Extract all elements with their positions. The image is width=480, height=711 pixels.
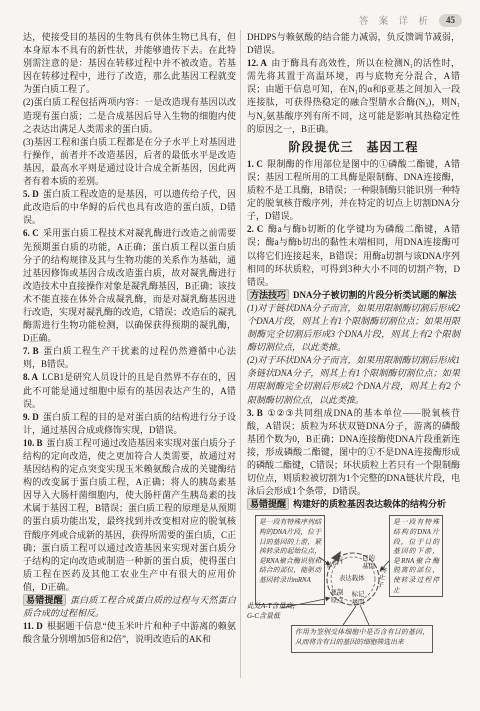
answer-paragraph: 7. B蛋白质工程生产干扰素的过程仍然遵循中心法则，B错误。 (23, 345, 236, 371)
tip-badge: 易错提醒 (247, 498, 289, 510)
answer-book-page: 答 案 详 析 45 达，使接受目的基因的生物具有供体生物已具有，但本身原本不具… (0, 0, 480, 711)
answer-number: 7. B (23, 346, 39, 356)
answer-number: 8. A (23, 372, 38, 382)
paragraph-text: (2)蛋白质工程包括两项内容：一是改造现有基因以改造现有蛋白质；二是合成基因后导… (23, 97, 236, 133)
answer-paragraph: 6. C采用蛋白质工程技术对凝乳酶进行改造之前需要先预期蛋白质的功能，A正确；蛋… (23, 227, 236, 345)
answer-number: 5. D (23, 189, 39, 199)
method-title: DNA分子被切割的片段分析类试题的解法 (293, 290, 457, 300)
column-divider (240, 30, 241, 678)
answer-paragraph: 9. D蛋白质工程的目的是对蛋白质的结构进行分子设计，通过基因合成或修饰实现，D… (23, 411, 236, 437)
answer-paragraph: 12. A由于酶具有高效性，所以在检测N₁的活性时，需先将其置于高温环境，再与底… (247, 57, 460, 136)
method-item: (1)对于链状DNA分子而言，如果用限制酶切割后形成2个DNA片段，则其上有1个… (247, 302, 460, 354)
answer-number: 12. A (247, 58, 267, 68)
tip-heading: 易错提醒构建好的质粒基因表达载体的结构分析 (247, 498, 460, 511)
answer-number: 1. C (247, 159, 263, 169)
answer-paragraph: (3)基因工程和蛋白质工程都是在分子水平上对基因进行操作，前者并不改造基因，后者… (23, 136, 236, 188)
page-header: 答 案 详 析 45 (359, 13, 462, 27)
paragraph-text: DHDPS与赖氨酸的结合能力减弱，负反馈调节减弱，D错误。 (247, 32, 460, 55)
paragraph-text: 根据题干信息“使玉米叶片和种子中游离的赖氨酸含量分别增加5倍和2倍”，说明改造后… (23, 621, 236, 644)
answer-number: 10. B (23, 438, 43, 448)
method-item: (2)对于环状DNA分子而言，如果用限制酶切割后形成1条链状DNA分子，则其上有… (247, 354, 460, 406)
label-expression-vector: 表达载体 (339, 575, 365, 582)
answer-paragraph: 10. B蛋白质工程可通过改造基因来实现对蛋白质分子结构的定向改造，使之更加符合… (23, 437, 236, 594)
paragraph-text: LCB1是研究人员设计的且是自然界不存在的，因此不可能是通过细胞中原有的基因表达… (23, 372, 236, 408)
paragraph-text: 采用蛋白质工程技术对凝乳酶进行改造之前需要先预期蛋白质的功能，A正确；蛋白质工程… (23, 228, 236, 343)
paragraph-text: 由于酶具有高效性，所以在检测N₁的活性时，需先将其置于高温环境，再与底物充分混合… (247, 58, 460, 133)
answer-paragraph: 11. D根据题干信息“使玉米叶片和种子中游离的赖氨酸含量分别增加5倍和2倍”，… (23, 620, 236, 646)
plasmid-diagram: 是一段有特殊序列结构的DNA片段，位于目的基因的上游，紧挨转录的起始位点，是RN… (247, 515, 460, 661)
left-column: 达，使接受目的基因的生物具有供体生物已具有，但本身原本不具有的新性状，并能够遗传… (23, 31, 236, 646)
paragraph-text: 酶a与酶b切断的化学键均为磷酸二酯键，A错误；酶a与酶b切出的黏性末端相同，用D… (247, 224, 460, 286)
page-number-badge: 45 (439, 14, 462, 27)
label-marker-gene: 标记基因 (351, 591, 365, 606)
answer-number: 2. C (247, 224, 263, 234)
answer-number: 11. D (23, 621, 43, 631)
promoter-description-box: 是一段有特殊序列结构的DNA片段，位于目的基因的上游，紧挨转录的起始位点，是RN… (255, 515, 325, 605)
paragraph-text: ①②③共同组成DNA的基本单位——脱氧核苷酸，A错误；质粒为环状双链DNA分子，… (247, 408, 460, 497)
callout-wedge-right (360, 605, 369, 625)
method-badge: 方法技巧 (247, 289, 289, 301)
paragraph-text: 蛋白质工程生产干扰素的过程仍然遵循中心法则，B错误。 (23, 346, 236, 369)
answer-number: 3. B (247, 408, 263, 418)
answer-paragraph: 5. D蛋白质工程改造的是基因，可以遗传给子代，因此改造后的中华鲟的后代也具有改… (23, 188, 236, 227)
tip-title: 构建好的质粒基因表达载体的结构分析 (293, 499, 446, 509)
label-replication-origin: 复制原点 (330, 589, 344, 604)
marker-gene-function-box: 作用为鉴别受体细胞中是否含有目的基因，从而将含有目的基因的细胞筛选出来 (291, 625, 433, 653)
answer-paragraph: 达，使接受目的基因的生物具有供体生物已具有，但本身原本不具有的新性状，并能够遗传… (23, 31, 236, 96)
terminator-description-box: 是一段有特殊结构的DNA片段，位于目的基因的下游，是RNA聚合酶脱离的部位，使转… (389, 515, 443, 597)
callout-wedge-left (343, 606, 356, 625)
label-target-gene: 目的基因 (361, 555, 376, 570)
section-title: 阶段提优三 基因工程 (247, 141, 460, 154)
answer-paragraph: 1. C限制酶的作用部位是图中的①磷酸二酯键，A错误；基因工程所用的工具酶是限制… (247, 158, 460, 223)
answer-paragraph: 8. ALCB1是研究人员设计的且是自然界不存在的，因此不可能是通过细胞中原有的… (23, 371, 236, 410)
paragraph-text: 蛋白质工程的目的是对蛋白质的结构进行分子设计，通过基因合成或修饰实现，D错误。 (23, 412, 236, 435)
paragraph-text: 达，使接受目的基因的生物具有供体生物已具有，但本身原本不具有的新性状，并能够遗传… (23, 32, 236, 94)
answer-number: 6. C (23, 228, 39, 238)
right-column: DHDPS与赖氨酸的结合能力减弱，负反馈调节减弱，D错误。 12. A由于酶具有… (247, 31, 460, 661)
tip-line: 易错提醒蛋白质工程合成蛋白质的过程与天然蛋白质合成的过程相反。 (23, 594, 236, 620)
answer-paragraph: 3. B①②③共同组成DNA的基本单位——脱氧核苷酸，A错误；质粒为环状双链DN… (247, 407, 460, 499)
answer-paragraph: DHDPS与赖氨酸的结合能力减弱，负反馈调节减弱，D错误。 (247, 31, 460, 57)
answer-paragraph: 2. C酶a与酶b切断的化学键均为磷酸二酯键，A错误；酶a与酶b切出的黏性末端相… (247, 223, 460, 288)
paragraph-text: 限制酶的作用部位是图中的①磷酸二酯键，A错误；基因工程所用的工具酶是限制酶、DN… (247, 159, 460, 221)
method-heading: 方法技巧DNA分子被切割的片段分析类试题的解法 (247, 289, 460, 302)
paragraph-text: 蛋白质工程改造的是基因，可以遗传给子代，因此改造后的中华鲟的后代也具有改造的蛋白… (23, 189, 236, 225)
at-content-note: 此处A-T含量高， G-C含量低 (247, 601, 300, 621)
answer-number: 9. D (23, 412, 39, 422)
answer-paragraph: (2)蛋白质工程包括两项内容：一是改造现有基因以改造现有蛋白质；二是合成基因后导… (23, 96, 236, 135)
paragraph-text: 蛋白质工程可通过改造基因来实现对蛋白质分子结构的定向改造，使之更加符合人类需要，… (23, 438, 236, 592)
paragraph-text: (3)基因工程和蛋白质工程都是在分子水平上对基因进行操作，前者并不改造基因，后者… (23, 137, 236, 186)
header-title: 答 案 详 析 (359, 13, 432, 27)
tip-badge: 易错提醒 (23, 594, 66, 606)
